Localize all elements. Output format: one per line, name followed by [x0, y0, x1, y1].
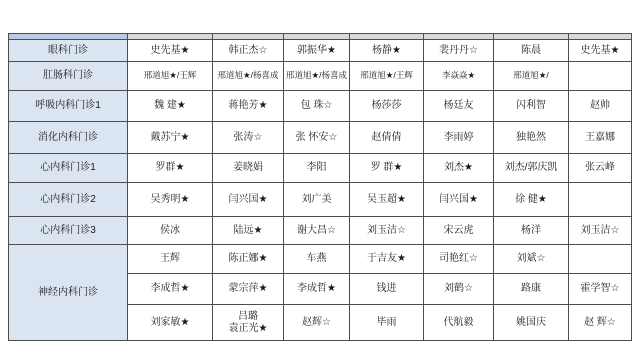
doctor-cell: 谢大昌☆: [284, 217, 350, 245]
doctor-cell: 吴玉超★: [350, 183, 424, 217]
dept-label-cardiology-1: 心内科门诊1: [9, 154, 128, 183]
duty-roster-table: 眼科门诊 史先基★ 韩正杰☆ 郭振华★ 杨静★ 裴丹丹☆ 陈晨 史先基★ 肛肠科…: [8, 33, 632, 341]
doctor-cell: 姜晓娟: [213, 154, 284, 183]
doctor-cell: 车燕: [284, 245, 350, 274]
doctor-cell: 裴丹丹☆: [424, 40, 494, 62]
doctor-cell: 邢道旭★/王辉: [350, 62, 424, 91]
doctor-cell: 邢道旭★/王辉: [128, 62, 213, 91]
doctor-cell: 韩正杰☆: [213, 40, 284, 62]
doctor-cell: 姚国庆: [494, 305, 569, 341]
doctor-cell: 闫兴国★: [424, 183, 494, 217]
doctor-cell: 李雨婷: [424, 122, 494, 154]
doctor-cell: 戴苏宁★: [128, 122, 213, 154]
doctor-cell: 刘家敏★: [128, 305, 213, 341]
doctor-cell: 司艳红☆: [424, 245, 494, 274]
doctor-cell: [569, 62, 632, 91]
doctor-cell: 李阳: [284, 154, 350, 183]
doctor-cell: 刘杰/郭庆凯: [494, 154, 569, 183]
doctor-cell: 史先基★: [569, 40, 632, 62]
dept-label-gastroenterology: 消化内科门诊: [9, 122, 128, 154]
doctor-cell: 刘杰★: [424, 154, 494, 183]
doctor-cell: 罗群★: [128, 154, 213, 183]
doctor-cell: 闪利智: [494, 91, 569, 122]
doctor-cell: 陆远★: [213, 217, 284, 245]
table-row: 心内科门诊3 侯冰 陆远★ 谢大昌☆ 刘玉洁☆ 宋云虎 杨洋 刘玉洁☆: [9, 217, 632, 245]
table-row: 呼吸内科门诊1 魏 建★ 蒋艳芳★ 包 珠☆ 杨莎莎 杨廷友 闪利智 赵帅: [9, 91, 632, 122]
doctor-cell: 闫兴国★: [213, 183, 284, 217]
dept-label-anorectal: 肛肠科门诊: [9, 62, 128, 91]
doctor-cell: 刘斌☆: [494, 245, 569, 274]
table-row: 神经内科门诊 王辉 陈正娜★ 车燕 于吉友★ 司艳红☆ 刘斌☆: [9, 245, 632, 274]
doctor-cell: 杨静★: [350, 40, 424, 62]
doctor-cell: 李成哲★: [128, 274, 213, 305]
dept-label-ophthalmology: 眼科门诊: [9, 40, 128, 62]
doctor-cell: 史先基★: [128, 40, 213, 62]
doctor-cell: 邢道旭★/杨喜成: [213, 62, 284, 91]
table-row: 眼科门诊 史先基★ 韩正杰☆ 郭振华★ 杨静★ 裴丹丹☆ 陈晨 史先基★: [9, 40, 632, 62]
doctor-cell: 赵帅: [569, 91, 632, 122]
doctor-cell: 杨莎莎: [350, 91, 424, 122]
doctor-cell: 徐 健★: [494, 183, 569, 217]
doctor-cell: 霍学智☆: [569, 274, 632, 305]
doctor-cell: 蒙宗萍★: [213, 274, 284, 305]
doctor-cell: 李焱焱★: [424, 62, 494, 91]
table-row: 心内科门诊2 吴秀明★ 闫兴国★ 刘广美 吴玉超★ 闫兴国★ 徐 健★: [9, 183, 632, 217]
doctor-cell: 独艳然: [494, 122, 569, 154]
dept-label-respiratory-1: 呼吸内科门诊1: [9, 91, 128, 122]
doctor-cell: 罗 群★: [350, 154, 424, 183]
doctor-cell: 陈晨: [494, 40, 569, 62]
dept-label-cardiology-3: 心内科门诊3: [9, 217, 128, 245]
doctor-cell: 刘玉洁☆: [350, 217, 424, 245]
doctor-cell: 代航毅: [424, 305, 494, 341]
doctor-cell: 李成哲★: [284, 274, 350, 305]
doctor-cell: 陈正娜★: [213, 245, 284, 274]
doctor-cell: 张涛☆: [213, 122, 284, 154]
doctor-cell: 张 怀安☆: [284, 122, 350, 154]
doctor-cell: 邢道旭★/杨喜成: [284, 62, 350, 91]
doctor-cell: 赵倩倩: [350, 122, 424, 154]
table-row: 心内科门诊1 罗群★ 姜晓娟 李阳 罗 群★ 刘杰★ 刘杰/郭庆凯 张云峰: [9, 154, 632, 183]
doctor-cell: 邢道旭★/: [494, 62, 569, 91]
doctor-cell: 刘玉洁☆: [569, 217, 632, 245]
doctor-cell: 赵辉☆: [284, 305, 350, 341]
doctor-cell: 王嘉娜: [569, 122, 632, 154]
doctor-cell: 刘广美: [284, 183, 350, 217]
doctor-cell: 张云峰: [569, 154, 632, 183]
doctor-cell: 赵 辉☆: [569, 305, 632, 341]
doctor-cell: 侯冰: [128, 217, 213, 245]
doctor-cell: 吴秀明★: [128, 183, 213, 217]
doctor-cell: 郭振华★: [284, 40, 350, 62]
table-row: 肛肠科门诊 邢道旭★/王辉 邢道旭★/杨喜成 邢道旭★/杨喜成 邢道旭★/王辉 …: [9, 62, 632, 91]
doctor-cell: 于吉友★: [350, 245, 424, 274]
doctor-cell: 路康: [494, 274, 569, 305]
doctor-cell: 吕璐 袁正光★: [213, 305, 284, 341]
table-row: 消化内科门诊 戴苏宁★ 张涛☆ 张 怀安☆ 赵倩倩 李雨婷 独艳然 王嘉娜: [9, 122, 632, 154]
dept-label-neurology: 神经内科门诊: [9, 245, 128, 341]
doctor-cell: 杨洋: [494, 217, 569, 245]
doctor-cell: 毕雨: [350, 305, 424, 341]
dept-label-cardiology-2: 心内科门诊2: [9, 183, 128, 217]
doctor-cell: 杨廷友: [424, 91, 494, 122]
doctor-cell: 宋云虎: [424, 217, 494, 245]
doctor-cell: 钱进: [350, 274, 424, 305]
doctor-cell: [569, 183, 632, 217]
doctor-cell: 蒋艳芳★: [213, 91, 284, 122]
doctor-cell: 王辉: [128, 245, 213, 274]
doctor-cell: 魏 建★: [128, 91, 213, 122]
doctor-cell: 刘鹤☆: [424, 274, 494, 305]
doctor-cell: 包 珠☆: [284, 91, 350, 122]
doctor-cell: [569, 245, 632, 274]
